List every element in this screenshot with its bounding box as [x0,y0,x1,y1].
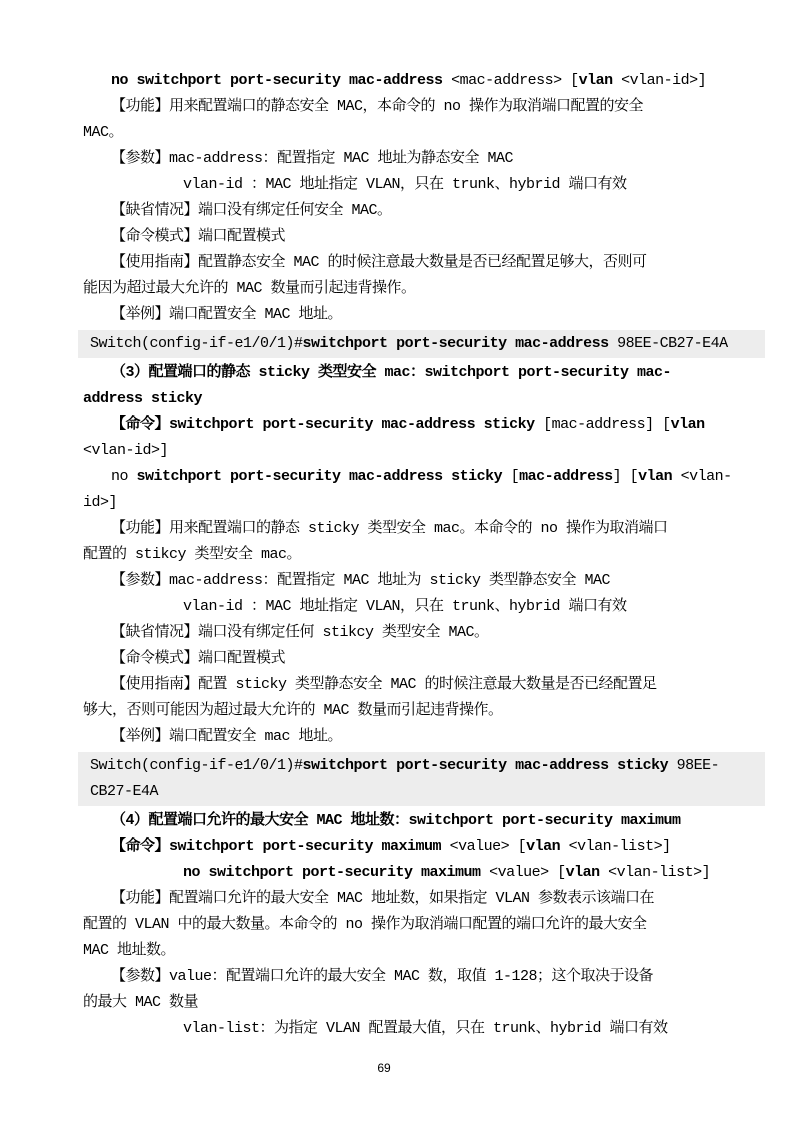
text-run: no [111,468,137,485]
text-line: 能因为超过最大允许的 MAC 数量而引起违背操作。 [83,276,737,302]
text-line: 【参数】mac-address：配置指定 MAC 地址为静态安全 MAC [83,146,737,172]
text-line: 【使用指南】配置 sticky 类型静态安全 MAC 的时候注意最大数量是否已经… [83,672,737,698]
text-run: Switch(config-if-e1/0/1)# [90,335,303,352]
text-line: 够大，否则可能因为超过最大允许的 MAC 数量而引起违背操作。 [83,698,737,724]
text-line: 配置的 stikcy 类型安全 mac。 [83,542,737,568]
text-run: <vlan- [672,468,732,485]
text-run: 【缺省情况】端口没有绑定任何安全 MAC。 [111,202,392,219]
text-run: switchport port-security mac-address [303,335,609,352]
text-run: 【使用指南】配置静态安全 MAC 的时候注意最大数量是否已经配置足够大，否则可 [111,254,647,271]
text-line: no switchport port-security mac-address … [83,464,737,490]
text-run: 【参数】mac-address：配置指定 MAC 地址为静态安全 MAC [111,150,513,167]
text-run: 98EE- [668,757,719,774]
text-run: 的最大 MAC 数量 [83,994,198,1011]
text-run: 【功能】用来配置端口的静态安全 MAC，本命令的 no 操作为取消端口配置的安全 [111,98,643,115]
text-run: <vlan-id>] [613,72,707,89]
text-line: <vlan-id>] [83,438,737,464]
text-line: 【功能】配置端口允许的最大安全 MAC 地址数，如果指定 VLAN 参数表示该端… [83,886,737,912]
text-run: switchport port-security mac-address sti… [169,416,543,433]
text-run: 【功能】配置端口允许的最大安全 MAC 地址数，如果指定 VLAN 参数表示该端… [111,890,654,907]
text-run: switchport port-security mac-address sti… [137,468,511,485]
text-run: 98EE-CB27-E4A [609,335,728,352]
code-block: Switch(config-if-e1/0/1)#switchport port… [78,330,765,358]
text-line: 的最大 MAC 数量 [83,990,737,1016]
text-run: 能因为超过最大允许的 MAC 数量而引起违背操作。 [83,280,416,297]
text-line: 【命令】switchport port-security mac-address… [83,412,737,438]
text-run: （4）配置端口允许的最大安全 MAC 地址数：switchport port-s… [111,812,681,829]
text-run: 【参数】value：配置端口允许的最大安全 MAC 数，取值 1-128；这个取… [111,968,653,985]
text-run: 【参数】mac-address：配置指定 MAC 地址为 sticky 类型静态… [111,572,610,589]
text-line: 【缺省情况】端口没有绑定任何 stikcy 类型安全 MAC。 [83,620,737,646]
text-line: id>] [83,490,737,516]
text-line: 【命令】switchport port-security maximum <va… [83,834,737,860]
text-line: （4）配置端口允许的最大安全 MAC 地址数：switchport port-s… [83,808,737,834]
text-run: <mac-address> [ [451,72,579,89]
text-line: 【使用指南】配置静态安全 MAC 的时候注意最大数量是否已经配置足够大，否则可 [83,250,737,276]
text-run: 【命令】 [111,416,169,433]
text-line: no switchport port-security maximum <val… [83,860,737,886]
text-run: vlan [671,416,705,433]
text-run: vlan-id ：MAC 地址指定 VLAN，只在 trunk、hybrid 端… [183,176,627,193]
text-line: 【缺省情况】端口没有绑定任何安全 MAC。 [83,198,737,224]
text-line: （3）配置端口的静态 sticky 类型安全 mac：switchport po… [83,360,737,386]
text-run: 【命令】 [111,838,169,855]
text-run: vlan-list：为指定 VLAN 配置最大值，只在 trunk、hybrid… [183,1020,668,1037]
text-line: 【命令模式】端口配置模式 [83,224,737,250]
document-body: no switchport port-security mac-address … [83,68,737,1042]
text-run: <value> [ [481,864,566,881]
text-line: 【参数】value：配置端口允许的最大安全 MAC 数，取值 1-128；这个取… [83,964,737,990]
text-run: 配置的 VLAN 中的最大数量。本命令的 no 操作为取消端口配置的端口允许的最… [83,916,647,933]
code-block: Switch(config-if-e1/0/1)#switchport port… [78,752,765,806]
text-run: <value> [ [441,838,526,855]
text-run: [mac-address] [ [543,416,671,433]
text-run: [ [511,468,520,485]
text-run: <vlan-list>] [560,838,671,855]
code-line: Switch(config-if-e1/0/1)#switchport port… [90,331,765,357]
page-number: 69 [0,1061,768,1075]
text-line: vlan-id ：MAC 地址指定 VLAN，只在 trunk、hybrid 端… [83,594,737,620]
text-line: vlan-list：为指定 VLAN 配置最大值，只在 trunk、hybrid… [83,1016,737,1042]
text-run: no switchport port-security mac-address [111,72,451,89]
text-run: ] [ [613,468,639,485]
document-page: no switchport port-security mac-address … [0,0,794,1123]
text-run: <vlan-list>] [600,864,711,881]
text-run: 【功能】用来配置端口的静态 sticky 类型安全 mac。本命令的 no 操作… [111,520,668,537]
text-run: address sticky [83,390,202,407]
text-run: vlan-id ：MAC 地址指定 VLAN，只在 trunk、hybrid 端… [183,598,627,615]
text-run: Switch(config-if-e1/0/1)# [90,757,303,774]
text-line: 【功能】用来配置端口的静态 sticky 类型安全 mac。本命令的 no 操作… [83,516,737,542]
text-line: no switchport port-security mac-address … [83,68,737,94]
text-line: 【命令模式】端口配置模式 [83,646,737,672]
text-line: 配置的 VLAN 中的最大数量。本命令的 no 操作为取消端口配置的端口允许的最… [83,912,737,938]
text-run: vlan [526,838,560,855]
text-run: CB27-E4A [90,783,158,800]
text-line: address sticky [83,386,737,412]
text-line: vlan-id ：MAC 地址指定 VLAN，只在 trunk、hybrid 端… [83,172,737,198]
text-run: no switchport port-security maximum [183,864,481,881]
code-line: Switch(config-if-e1/0/1)#switchport port… [90,753,765,779]
text-run: MAC。 [83,124,123,141]
text-run: MAC 地址数。 [83,942,175,959]
text-line: 【功能】用来配置端口的静态安全 MAC，本命令的 no 操作为取消端口配置的安全 [83,94,737,120]
text-run: <vlan-id>] [83,442,168,459]
text-line: 【举例】端口配置安全 mac 地址。 [83,724,737,750]
text-run: 【举例】端口配置安全 MAC 地址。 [111,306,342,323]
text-run: vlan [579,72,613,89]
text-line: 【举例】端口配置安全 MAC 地址。 [83,302,737,328]
text-line: MAC 地址数。 [83,938,737,964]
code-line: CB27-E4A [90,779,765,805]
text-line: MAC。 [83,120,737,146]
text-run: vlan [566,864,600,881]
text-run: switchport port-security maximum [169,838,441,855]
text-run: vlan [638,468,672,485]
text-run: switchport port-security mac-address sti… [303,757,669,774]
text-run: 【命令模式】端口配置模式 [111,228,285,245]
text-run: 够大，否则可能因为超过最大允许的 MAC 数量而引起违背操作。 [83,702,503,719]
text-run: 【举例】端口配置安全 mac 地址。 [111,728,342,745]
text-run: 【缺省情况】端口没有绑定任何 stikcy 类型安全 MAC。 [111,624,489,641]
text-run: （3）配置端口的静态 sticky 类型安全 mac：switchport po… [111,364,671,381]
text-run: 【命令模式】端口配置模式 [111,650,285,667]
text-line: 【参数】mac-address：配置指定 MAC 地址为 sticky 类型静态… [83,568,737,594]
text-run: mac-address [519,468,613,485]
text-run: id>] [83,494,117,511]
text-run: 【使用指南】配置 sticky 类型静态安全 MAC 的时候注意最大数量是否已经… [111,676,657,693]
text-run: 配置的 stikcy 类型安全 mac。 [83,546,301,563]
